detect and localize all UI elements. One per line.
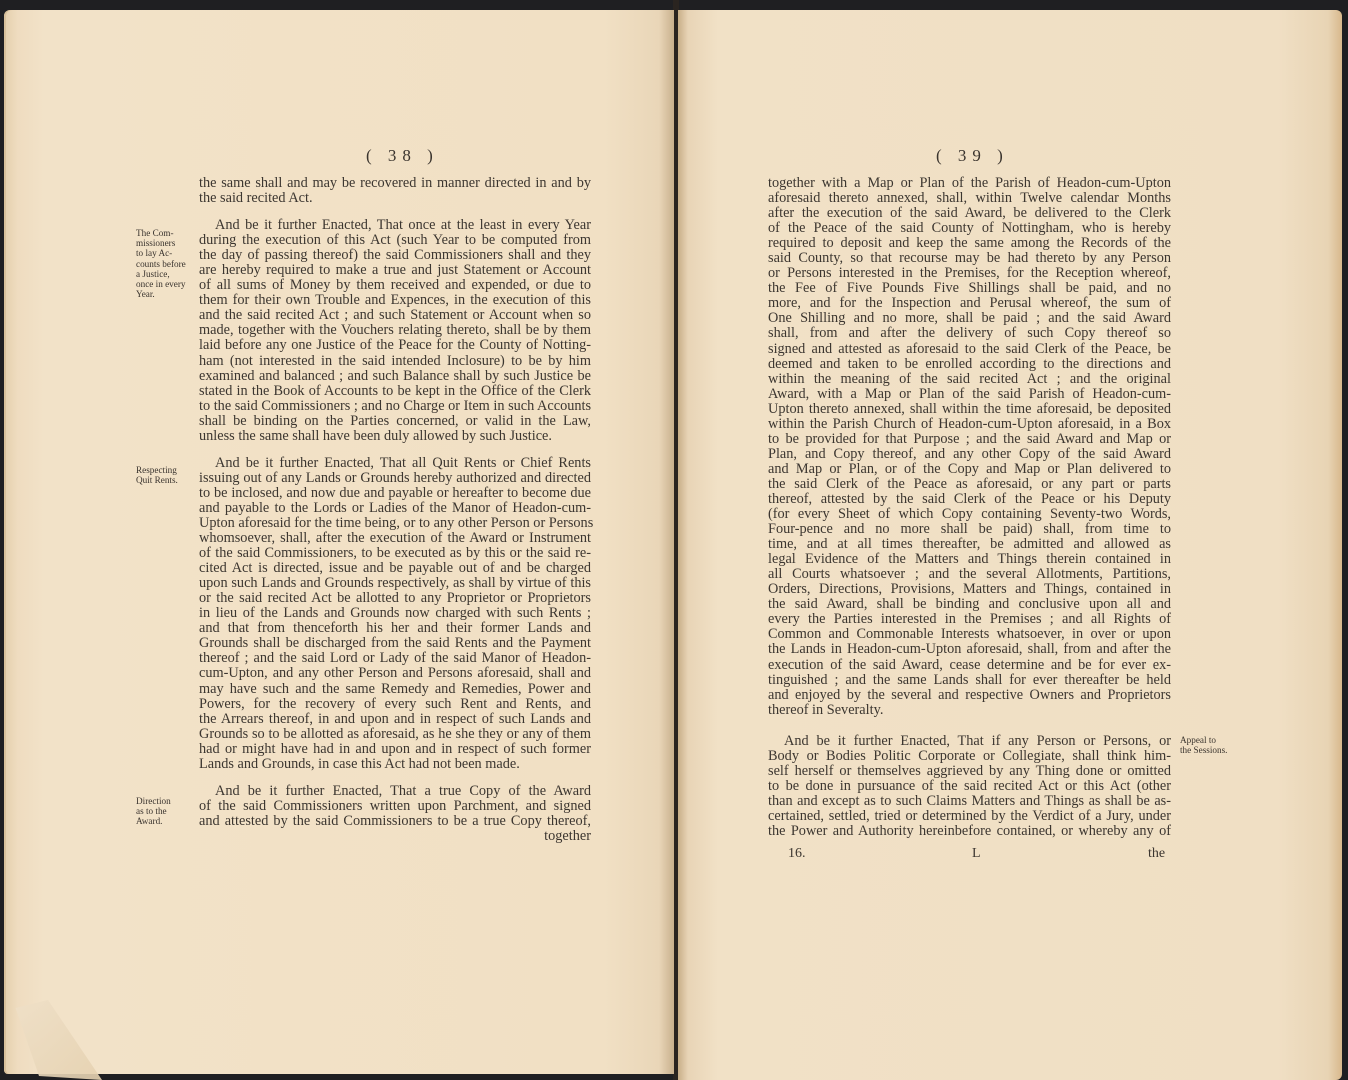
right-page-body: together with a Map or Plan of the Paris… (768, 176, 1171, 839)
paragraph-continuation: the same shall and may be recovered in m… (199, 176, 591, 206)
page-number-left: ( 38 ) (366, 146, 439, 166)
paragraph-accounts: And be it further Enacted, That once at … (199, 218, 591, 444)
catchword-right: the (1148, 846, 1165, 862)
sidenote-commissioners-accounts: The Com- missioners to lay Ac- counts be… (136, 228, 186, 299)
sidenote-appeal-sessions: Appeal to the Sessions. (1180, 735, 1227, 755)
paragraph-quit-rents: And be it further Enacted, That all Quit… (199, 456, 591, 772)
footer-signature-mark: L (972, 846, 981, 862)
paragraph-award-deposit: together with a Map or Plan of the Paris… (768, 176, 1171, 718)
left-page-body: the same shall and may be recovered in m… (199, 176, 591, 844)
paragraph-award-copy: And be it further Enacted, That a true C… (199, 784, 591, 844)
left-page: ( 38 ) The Com- missioners to lay Ac- co… (4, 10, 674, 1074)
footer-sheet-number: 16. (788, 846, 806, 862)
catchword-left: together (199, 829, 591, 844)
right-page: ( 39 ) together with a Map or Plan of th… (678, 10, 1342, 1080)
paragraph-appeal: And be it further Enacted, That if any P… (768, 734, 1171, 839)
folded-corner (12, 1000, 102, 1080)
sidenote-direction-award: Direction as to the Award. (136, 796, 171, 827)
sidenote-quit-rents: Respecting Quit Rents. (136, 465, 178, 485)
page-number-right: ( 39 ) (936, 146, 1009, 166)
